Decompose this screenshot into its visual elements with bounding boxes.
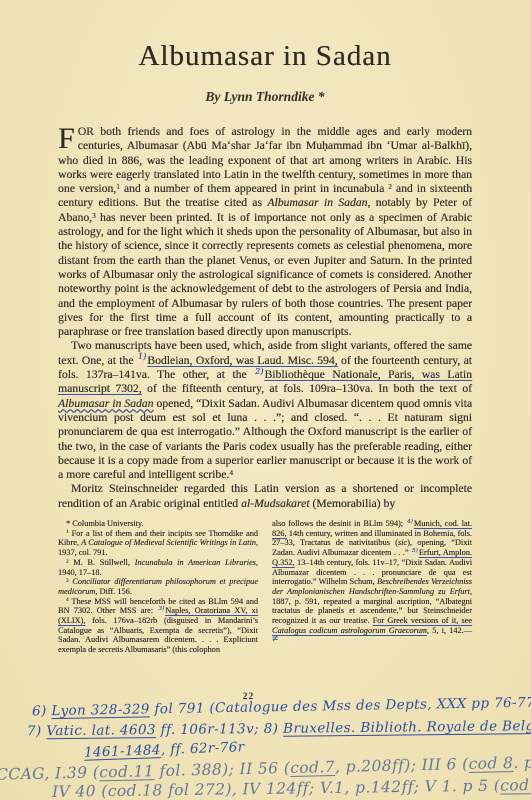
article-body: FOR both friends and foes of astrology i… — [58, 125, 472, 511]
paragraph-1-text: OR both friends and foes of astrology in… — [58, 125, 472, 338]
paragraph-2: Two manuscripts have been used, which, a… — [58, 339, 472, 482]
article-byline: By Lynn Thorndike * — [58, 89, 472, 105]
footnote-1: 1 For a list of them and their incipits … — [58, 529, 258, 558]
drop-cap: F — [58, 125, 78, 152]
footnote-star: * Columbia University. — [58, 519, 258, 529]
handwritten-annotation-2: 7) Vatic. lat. 4603 ff. 106r-113v; 8) Br… — [27, 717, 531, 740]
footnote-3: 3 Conciliator differentiarum philosophor… — [58, 577, 258, 596]
paragraph-1: FOR both friends and foes of astrology i… — [58, 125, 472, 339]
handwritten-annotation-3: 1461-1484, ff. 62r-76r — [84, 739, 245, 761]
footnote-2: 2 M. B. Stillwell, Incunabula in America… — [58, 558, 258, 577]
article-title: Albumasar in Sadan — [58, 40, 472, 73]
footnotes-left-column: * Columbia University. 1 For a list of t… — [58, 519, 258, 655]
footnotes-right-column: also follows the desinit in BLlm 594); 4… — [272, 519, 472, 655]
scanned-page: Albumasar in Sadan By Lynn Thorndike * F… — [0, 0, 531, 800]
paragraph-3: Moritz Steinschneider regarded this Lati… — [58, 482, 472, 511]
article-content: Albumasar in Sadan By Lynn Thorndike * F… — [58, 0, 472, 655]
footnote-4: 4 These MSS will henceforth be cited as … — [58, 597, 258, 655]
footnote-4-continuation: also follows the desinit in BLlm 594); 4… — [272, 519, 472, 645]
footnotes: * Columbia University. 1 For a list of t… — [58, 519, 472, 655]
